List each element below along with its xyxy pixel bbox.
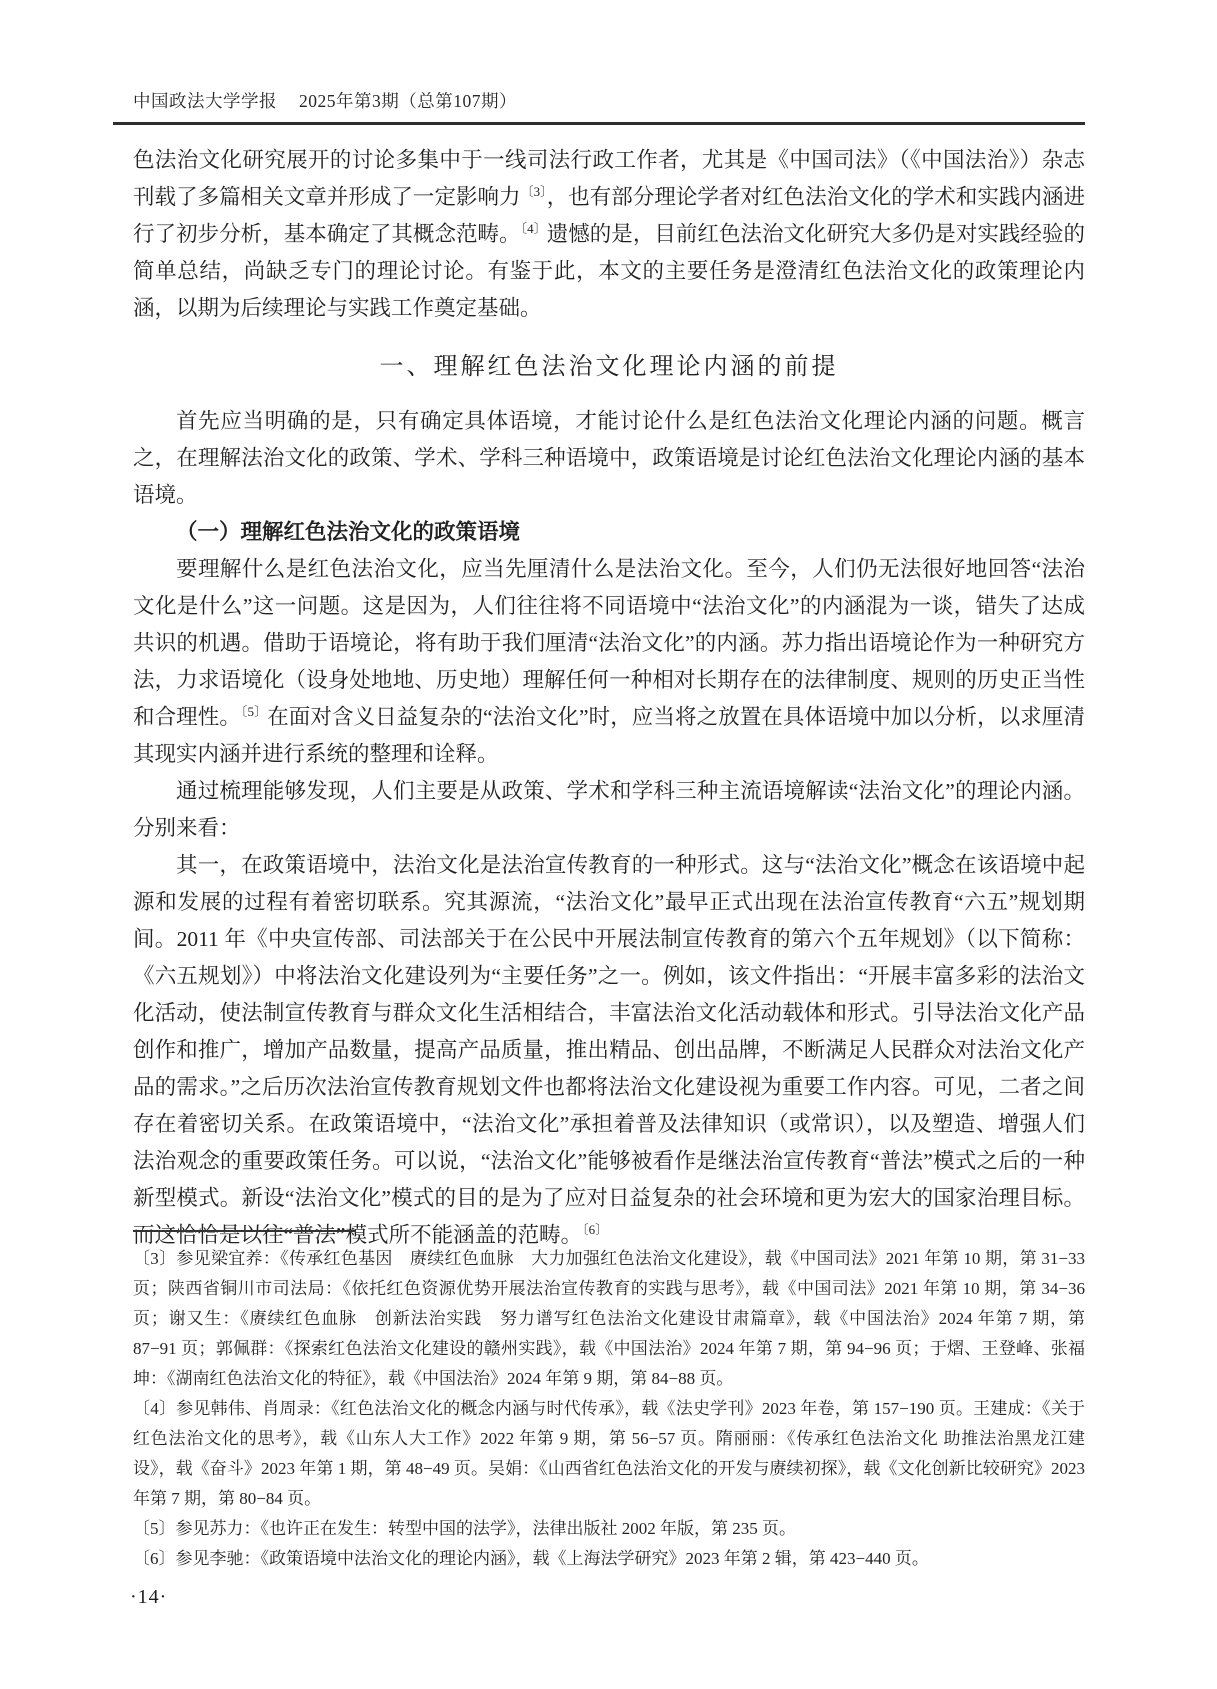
section-heading: 一、理解红色法治文化理论内涵的前提 — [133, 348, 1085, 386]
paragraph-text: 其一，在政策语境中，法治文化是法治宣传教育的一种形式。这与“法治文化”概念在该语… — [133, 853, 1085, 1247]
article-body: 色法治文化研究展开的讨论多集中于一线司法行政工作者，尤其是《中国司法》（《中国法… — [133, 142, 1085, 1254]
footnote-divider — [133, 1230, 356, 1232]
journal-title: 中国政法大学学报 — [133, 91, 277, 111]
subsection-heading: （一）理解红色法治文化的政策语境 — [133, 514, 1085, 551]
paragraph-continuation: 色法治文化研究展开的讨论多集中于一线司法行政工作者，尤其是《中国司法》（《中国法… — [133, 142, 1085, 327]
paragraph: 其一，在政策语境中，法治文化是法治宣传教育的一种形式。这与“法治文化”概念在该语… — [133, 847, 1085, 1254]
footnote-5: 〔5〕参见苏力：《也许正在发生：转型中国的法学》，法律出版社 2002 年版，第… — [133, 1514, 1085, 1544]
footnotes-section: 〔3〕参见梁宜养：《传承红色基因 赓续红色血脉 大力加强红色法治文化建设》，载《… — [133, 1230, 1085, 1574]
paragraph-text: 要理解什么是红色法治文化，应当先厘清什么是法治文化。至今，人们仍无法很好地回答“… — [133, 557, 1085, 729]
footnote-ref-4: 〔4〕 — [521, 221, 547, 236]
issue-info: 2025年第3期（总第107期） — [299, 91, 517, 111]
running-head: 中国政法大学学报2025年第3期（总第107期） — [113, 88, 1085, 125]
footnote-ref-3: 〔3〕 — [521, 184, 547, 199]
footnote-3: 〔3〕参见梁宜养：《传承红色基因 赓续红色血脉 大力加强红色法治文化建设》，载《… — [133, 1244, 1085, 1394]
footnote-ref-5: 〔5〕 — [241, 704, 267, 719]
journal-page: 中国政法大学学报2025年第3期（总第107期） 色法治文化研究展开的讨论多集中… — [0, 0, 1217, 1689]
page-number: ·14· — [130, 1586, 167, 1609]
paragraph: 要理解什么是红色法治文化，应当先厘清什么是法治文化。至今，人们仍无法很好地回答“… — [133, 551, 1085, 773]
paragraph: 首先应当明确的是，只有确定具体语境，才能讨论什么是红色法治文化理论内涵的问题。概… — [133, 403, 1085, 514]
footnote-4: 〔4〕参见韩伟、肖周录：《红色法治文化的概念内涵与时代传承》，载《法史学刊》20… — [133, 1394, 1085, 1514]
paragraph: 通过梳理能够发现，人们主要是从政策、学术和学科三种主流语境解读“法治文化”的理论… — [133, 773, 1085, 847]
footnote-6: 〔6〕参见李驰：《政策语境中法治文化的理论内涵》，载《上海法学研究》2023 年… — [133, 1544, 1085, 1574]
running-head-text: 中国政法大学学报2025年第3期（总第107期） — [113, 88, 1085, 113]
paragraph-text: 在面对含义日益复杂的“法治文化”时，应当将之放置在具体语境中加以分析，以求厘清其… — [133, 705, 1085, 766]
